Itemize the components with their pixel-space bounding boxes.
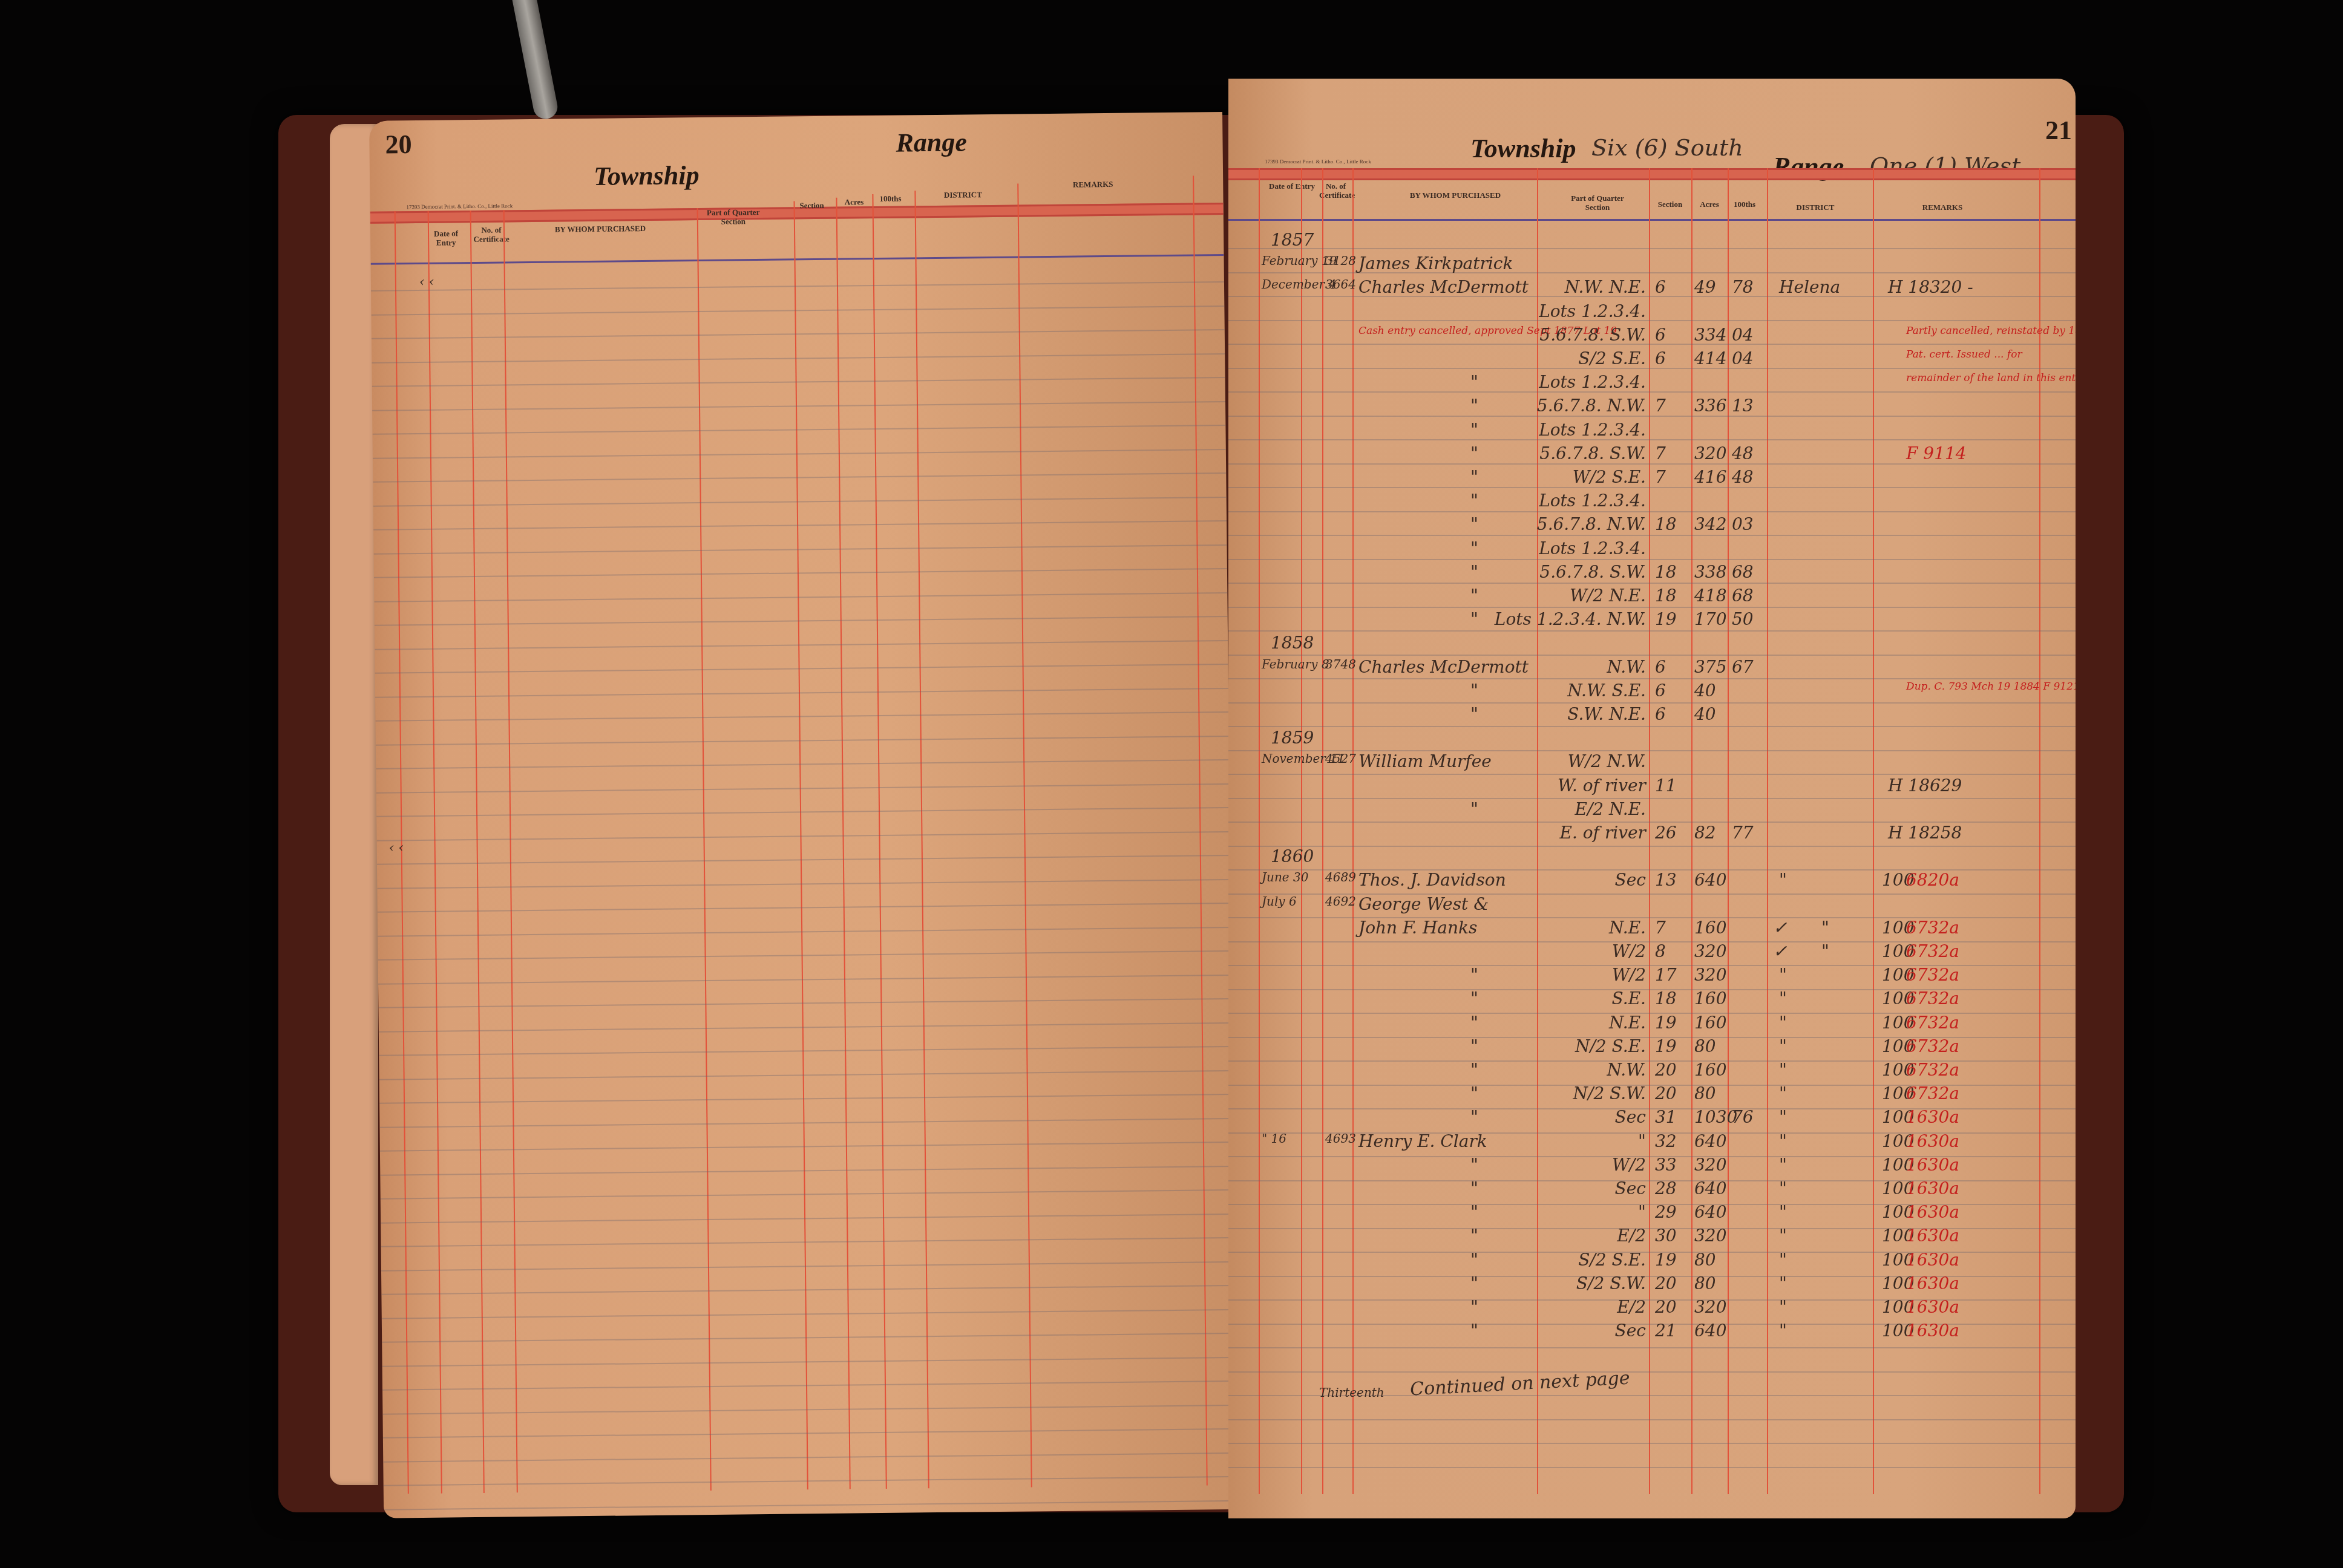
township-label: Township: [1470, 133, 1576, 164]
entry-ditto: ": [1470, 1202, 1478, 1222]
entry-ditto: ": [1470, 514, 1478, 534]
col-district: DISTRICT: [932, 190, 993, 200]
left-page: 20 Township Range 17393 Democrat Print. …: [369, 112, 1237, 1518]
entry-ditto: ": [1470, 538, 1478, 558]
entry-district: ": [1779, 1321, 1787, 1341]
entry-ditto: ": [1470, 1226, 1478, 1246]
entry-section: 31: [1655, 1107, 1677, 1127]
entry-acres: 640: [1694, 870, 1726, 890]
entry-district: ": [1779, 988, 1787, 1008]
entry-district: ": [1821, 918, 1829, 938]
table-row: "5.6.7.8. N.W.733613: [1228, 396, 2076, 419]
entry-hundredths: 03: [1732, 514, 1754, 534]
entry-acres: 416: [1694, 467, 1726, 487]
entry-part: N.E.: [1609, 1013, 1646, 1033]
entry-ditto: ": [1470, 562, 1478, 582]
entry-acres: 160: [1694, 1060, 1726, 1080]
entry-remarks-red: 1630a: [1906, 1226, 1959, 1246]
entry-ditto: ": [1470, 1060, 1478, 1080]
entry-ditto: ": [1470, 443, 1478, 463]
table-row: July 64692George West &: [1228, 894, 2076, 917]
entry-section: 6: [1655, 681, 1666, 701]
entry-part: W/2: [1612, 941, 1646, 961]
table-row: "W/2 S.E.741648: [1228, 467, 2076, 490]
table-row: "E/2 N.E.: [1228, 799, 2076, 822]
entry-section: 6: [1655, 325, 1666, 345]
table-row: John F. HanksN.E.7160✓"1006732a: [1228, 918, 2076, 941]
entry-district: ": [1779, 1013, 1787, 1033]
entry-year: 1857: [1271, 230, 1314, 250]
table-row: "E/230320"1001630a: [1228, 1226, 2076, 1249]
header-rule: [1228, 219, 2076, 221]
entry-section: 13: [1655, 870, 1677, 890]
col-part: Part of Quarter Section: [697, 207, 770, 226]
entry-year: 1858: [1271, 633, 1314, 653]
table-row: "5.6.7.8. N.W.1834203: [1228, 514, 2076, 537]
entry-remarks-red: 6732a: [1906, 1013, 1959, 1033]
entry-ditto: ": [1470, 586, 1478, 606]
entry-section: 6: [1655, 704, 1666, 724]
entry-acres: 49: [1694, 277, 1716, 297]
entry-ditto: ": [1470, 1036, 1478, 1056]
entry-acres: 82: [1694, 823, 1716, 843]
entry-check: ✓: [1773, 918, 1787, 938]
table-row: "N/2 S.E.1980"1006732a: [1228, 1036, 2076, 1059]
entry-district: ": [1779, 1036, 1787, 1056]
township-label: Township: [594, 160, 700, 192]
entry-district: ": [1779, 870, 1787, 890]
entry-acres: 160: [1694, 1013, 1726, 1033]
entry-acres: 640: [1694, 1202, 1726, 1222]
entry-ditto: ": [1470, 704, 1478, 724]
entry-name: Henry E. Clark: [1358, 1131, 1487, 1151]
entry-remarks-red: 1630a: [1906, 1155, 1959, 1175]
entry-part: S.E.: [1612, 988, 1646, 1008]
entry-part: W/2 N.W.: [1568, 751, 1646, 771]
entry-cert: 4693: [1325, 1131, 1356, 1146]
entry-date: June 30: [1262, 870, 1308, 884]
entry-hundredths: 78: [1732, 277, 1754, 297]
table-row: 1860: [1228, 846, 2076, 869]
col-district: DISTRICT: [1785, 203, 1846, 212]
entry-acres: 375: [1694, 657, 1726, 677]
entry-name: Charles McDermott: [1358, 277, 1529, 297]
entry-section: 7: [1655, 443, 1666, 463]
entry-part: W/2: [1612, 965, 1646, 985]
entry-section: 20: [1655, 1297, 1677, 1317]
col-date: Date of Entry: [1268, 181, 1316, 191]
entry-acres: 160: [1694, 918, 1726, 938]
entry-section: 26: [1655, 823, 1677, 843]
page-number: 21: [2045, 115, 2072, 146]
col-cert: No. of Certificate: [1319, 181, 1352, 200]
table-row: "S/2 S.E.1980"1001630a: [1228, 1250, 2076, 1273]
entry-name: Thos. J. Davidson: [1358, 870, 1506, 890]
entry-hundredths: 77: [1732, 823, 1754, 843]
entry-acres: 336: [1694, 396, 1726, 416]
entry-section: 19: [1655, 1036, 1677, 1056]
entry-acres: 320: [1694, 443, 1726, 463]
header-rule: [371, 254, 1224, 265]
entry-part: Sec: [1615, 1178, 1646, 1198]
table-row: "E/220320"1001630a: [1228, 1297, 2076, 1320]
entry-date: July 6: [1262, 894, 1297, 909]
entry-ditto: ": [1470, 681, 1478, 701]
entry-acres: 80: [1694, 1250, 1716, 1270]
entry-section: 20: [1655, 1273, 1677, 1293]
table-row: "W/2 N.E.1841868: [1228, 586, 2076, 609]
entry-section: 28: [1655, 1178, 1677, 1198]
col-hundredths: 100ths: [1729, 200, 1760, 209]
table-row: "S.E.18160"1006732a: [1228, 988, 2076, 1011]
table-row: November 114527William MurfeeW/2 N.W.: [1228, 751, 2076, 774]
entry-ditto: ": [1470, 799, 1478, 819]
entry-remarks-red: Partly cancelled, reinstated by 1839 Feb…: [1906, 325, 2076, 337]
entry-acres: 342: [1694, 514, 1726, 534]
table-row: E. of river268277H 18258: [1228, 823, 2076, 846]
entry-part: Lots 1.2.3.4.: [1539, 420, 1646, 440]
page-number: 20: [385, 129, 412, 160]
entry-part: 5.6.7.8. N.W.: [1537, 514, 1646, 534]
entry-part: 5.6.7.8. S.W.: [1539, 325, 1646, 345]
entry-district: ": [1779, 1131, 1787, 1151]
table-row: Lots 1.2.3.4.: [1228, 301, 2076, 324]
entry-remarks-red: 6732a: [1906, 918, 1959, 938]
entry-acres: 338: [1694, 562, 1726, 582]
entry-remarks-red: 1630a: [1906, 1297, 1959, 1317]
entry-acres: 80: [1694, 1083, 1716, 1103]
footer-left-note: Thirteenth: [1319, 1385, 1384, 1400]
entry-acres: 40: [1694, 704, 1716, 724]
entry-hundredths: 50: [1732, 609, 1754, 629]
printer-imprint: 17393 Democrat Print. & Litho. Co., Litt…: [1265, 158, 1371, 165]
entry-remarks-red: Dup. C. 793 Mch 19 1884 F 9121: [1906, 681, 2076, 693]
entry-ditto: ": [1470, 1083, 1478, 1103]
entry-hundredths: 48: [1732, 443, 1754, 463]
entry-acres: 418: [1694, 586, 1726, 606]
col-date: Date of Entry: [425, 229, 467, 247]
entry-remarks: H 18629: [1888, 776, 1962, 795]
entry-acres: 40: [1694, 681, 1716, 701]
entry-part: N.W. N.E.: [1565, 277, 1646, 297]
page-clip: [511, 0, 559, 121]
entry-acres: 320: [1694, 965, 1726, 985]
col-purchaser: BY WHOM PURCHASED: [540, 224, 661, 234]
entry-part: N.W. S.E.: [1567, 681, 1646, 701]
entry-date: " 16: [1262, 1131, 1286, 1146]
entry-part: W/2: [1612, 1155, 1646, 1175]
printer-imprint: 17393 Democrat Print. & Litho. Co., Litt…: [407, 203, 513, 210]
table-row: June 304689Thos. J. DavidsonSec13640"100…: [1228, 870, 2076, 893]
entry-part: N.W.: [1607, 657, 1646, 677]
entry-cert: 4689: [1325, 870, 1356, 884]
entry-part: N/2 S.W.: [1573, 1083, 1646, 1103]
entry-remarks: H 18258: [1888, 823, 1962, 843]
entry-ditto: ": [1470, 1250, 1478, 1270]
entry-part: 5.6.7.8. N.W.: [1537, 396, 1646, 416]
table-row: "S/2 S.W.2080"1001630a: [1228, 1273, 2076, 1296]
table-row: " 164693Henry E. Clark"32640"1001630a: [1228, 1131, 2076, 1154]
entry-part: Sec: [1615, 1107, 1646, 1127]
table-row: "N.E.19160"1006732a: [1228, 1013, 2076, 1036]
entry-remarks-red: 6732a: [1906, 965, 1959, 985]
table-row: December 43664Charles McDermottN.W. N.E.…: [1228, 277, 2076, 300]
entry-hundredths: 04: [1732, 348, 1754, 368]
entry-acres: 320: [1694, 1297, 1726, 1317]
entry-remarks-red: 6820a: [1906, 870, 1959, 890]
entry-part: Lots 1.2.3.4.: [1539, 538, 1646, 558]
entry-remarks-red: Pat. cert. Issued ... for: [1906, 348, 2022, 361]
entry-remarks-red: 6732a: [1906, 988, 1959, 1008]
entry-cert: 4692: [1325, 894, 1356, 909]
col-section: Section: [1655, 200, 1685, 209]
table-row: "W/233320"1001630a: [1228, 1155, 2076, 1178]
table-row: 1859: [1228, 728, 2076, 751]
entry-cert: 4527: [1325, 751, 1356, 766]
entry-ditto: ": [1470, 491, 1478, 511]
entry-section: 18: [1655, 988, 1677, 1008]
table-row: "N.W. S.E.640Dup. C. 793 Mch 19 1884 F 9…: [1228, 681, 2076, 704]
table-row: W. of river11H 18629: [1228, 776, 2076, 799]
table-row: "Lots 1.2.3.4.remainder of the land in t…: [1228, 372, 2076, 395]
entry-remarks-red: 6732a: [1906, 1083, 1959, 1103]
entry-acres: 160: [1694, 988, 1726, 1008]
entry-remarks-red: 1630a: [1906, 1107, 1959, 1127]
entry-hundredths: 76: [1732, 1107, 1754, 1127]
entry-hundredths: 48: [1732, 467, 1754, 487]
table-row: February 83748Charles McDermottN.W.63756…: [1228, 657, 2076, 680]
table-row: "W/217320"1006732a: [1228, 965, 2076, 988]
table-row: Cash entry cancelled, approved Sept 1877…: [1228, 325, 2076, 348]
col-acres: Acres: [839, 197, 869, 207]
entry-acres: 320: [1694, 1226, 1726, 1246]
entry-acres: 1030: [1694, 1107, 1737, 1127]
entry-section: 19: [1655, 1250, 1677, 1270]
entry-ditto: ": [1470, 372, 1478, 392]
entry-acres: 334: [1694, 325, 1726, 345]
entry-cert: 3748: [1325, 657, 1356, 671]
entry-remarks-red: remainder of the land in this entry: [1906, 372, 2076, 384]
entry-remarks-red: 1630a: [1906, 1250, 1959, 1270]
entry-ditto: ": [1470, 965, 1478, 985]
entry-section: 7: [1655, 918, 1666, 938]
entry-part: N.E.: [1609, 918, 1646, 938]
entry-acres: 414: [1694, 348, 1726, 368]
entry-remarks-red: 1630a: [1906, 1321, 1959, 1341]
entry-cert: 3128: [1325, 253, 1356, 268]
entry-remarks-red: 1630a: [1906, 1131, 1959, 1151]
entry-section: 20: [1655, 1083, 1677, 1103]
table-row: 1857: [1228, 230, 2076, 253]
entry-ditto: ": [1470, 1273, 1478, 1293]
entry-part: 5.6.7.8. S.W.: [1539, 562, 1646, 582]
entry-section: 19: [1655, 1013, 1677, 1033]
entry-section: 19: [1655, 609, 1677, 629]
entry-name: Charles McDermott: [1358, 657, 1529, 677]
entry-part: Sec: [1615, 870, 1646, 890]
entry-section: 8: [1655, 941, 1666, 961]
col-hundredths: 100ths: [875, 194, 905, 203]
table-row: W/28320✓"1006732a: [1228, 941, 2076, 964]
entry-acres: 320: [1694, 1155, 1726, 1175]
entry-remarks-red: F 9114: [1906, 443, 1967, 463]
entry-ditto: ": [1470, 1297, 1478, 1317]
entry-district: ": [1779, 1273, 1787, 1293]
entry-ditto: ": [1470, 420, 1478, 440]
table-row: ""29640"1001630a: [1228, 1202, 2076, 1225]
table-row: "Lots 1.2.3.4.: [1228, 491, 2076, 514]
table-row: "Lots 1.2.3.4.: [1228, 420, 2076, 443]
header-band: [1228, 168, 2076, 180]
entry-part: W/2 S.E.: [1573, 467, 1646, 487]
table-row: 1858: [1228, 633, 2076, 656]
entry-district: ": [1779, 1202, 1787, 1222]
col-remarks: REMARKS: [1900, 203, 1985, 212]
pencil-marks: ‹ ‹: [419, 275, 434, 290]
entry-hundredths: 13: [1732, 396, 1754, 416]
entry-year: 1859: [1271, 728, 1314, 748]
entry-district: ": [1779, 1178, 1787, 1198]
entry-part: E/2: [1617, 1226, 1646, 1246]
col-purchaser: BY WHOM PURCHASED: [1386, 191, 1525, 200]
entry-district: ": [1779, 1107, 1787, 1127]
table-row: "N/2 S.W.2080"1006732a: [1228, 1083, 2076, 1106]
entry-part: Lots 1.2.3.4.: [1539, 301, 1646, 321]
entry-district: ": [1821, 941, 1829, 961]
table-row: "Sec31103076"1001630a: [1228, 1107, 2076, 1130]
entry-remarks-red: 1630a: [1906, 1273, 1959, 1293]
entry-part: Lots 1.2.3.4. N.W.: [1495, 609, 1646, 629]
entry-district: ": [1779, 1060, 1787, 1080]
entry-remarks-red: 1630a: [1906, 1202, 1959, 1222]
entry-name: James Kirkpatrick: [1358, 253, 1513, 273]
table-row: "S.W. N.E.640: [1228, 704, 2076, 727]
entry-name: William Murfee: [1358, 751, 1492, 771]
table-row: S/2 S.E.641404Pat. cert. Issued ... for: [1228, 348, 2076, 371]
entry-section: 21: [1655, 1321, 1677, 1341]
entry-hundredths: 04: [1732, 325, 1754, 345]
col-remarks: REMARKS: [1054, 180, 1132, 189]
entry-section: 17: [1655, 965, 1677, 985]
entry-remarks-red: 6732a: [1906, 1036, 1959, 1056]
entry-section: 18: [1655, 562, 1677, 582]
entry-name: John F. Hanks: [1358, 918, 1477, 938]
entry-hundredths: 68: [1732, 562, 1754, 582]
entry-acres: 640: [1694, 1131, 1726, 1151]
entry-part: Sec: [1615, 1321, 1646, 1341]
entry-ditto: ": [1470, 609, 1478, 629]
entry-part: ": [1638, 1131, 1646, 1151]
entry-acres: 80: [1694, 1273, 1716, 1293]
entry-part: Lots 1.2.3.4.: [1539, 372, 1646, 392]
entry-part: E. of river: [1560, 823, 1646, 843]
entry-section: 7: [1655, 467, 1666, 487]
entry-part: W. of river: [1558, 776, 1646, 795]
entry-remarks-red: 6732a: [1906, 1060, 1959, 1080]
entry-hundredths: 68: [1732, 586, 1754, 606]
entry-section: 6: [1655, 657, 1666, 677]
entry-date: February 8: [1262, 657, 1329, 671]
entry-part: S/2 S.E.: [1578, 348, 1646, 368]
entry-ditto: ": [1470, 396, 1478, 416]
table-row: "N.W.20160"1006732a: [1228, 1060, 2076, 1083]
pencil-marks-lower: ‹ ‹: [389, 840, 404, 855]
entry-section: 18: [1655, 514, 1677, 534]
entry-remarks-red: 6732a: [1906, 941, 1959, 961]
range-label: Range: [896, 126, 967, 158]
table-row: February 193128James Kirkpatrick: [1228, 253, 2076, 276]
entry-part: S/2 S.E.: [1578, 1250, 1646, 1270]
table-row: "Sec28640"1001630a: [1228, 1178, 2076, 1201]
entry-ditto: ": [1470, 1321, 1478, 1341]
entry-district: ": [1779, 1250, 1787, 1270]
entry-name: George West &: [1358, 894, 1489, 914]
entry-ditto: ": [1470, 467, 1478, 487]
entry-district: ": [1779, 965, 1787, 985]
entry-acres: 320: [1694, 941, 1726, 961]
entry-section: 29: [1655, 1202, 1677, 1222]
col-section: Section: [794, 201, 830, 211]
entry-district: ": [1779, 1297, 1787, 1317]
entry-ditto: ": [1470, 1107, 1478, 1127]
township-value: Six (6) South: [1591, 134, 1743, 161]
entry-hundredths: 67: [1732, 657, 1754, 677]
entry-part: ": [1638, 1202, 1646, 1222]
entry-year: 1860: [1271, 846, 1314, 866]
entry-district: ": [1779, 1155, 1787, 1175]
entry-check: ✓: [1773, 941, 1787, 961]
entry-part: E/2 N.E.: [1575, 799, 1646, 819]
entry-part: N.W.: [1607, 1060, 1646, 1080]
entry-ditto: ": [1470, 1155, 1478, 1175]
entry-remarks: H 18320 -: [1888, 277, 1973, 297]
entry-part: W/2 N.E.: [1570, 586, 1646, 606]
table-row: "Sec21640"1001630a: [1228, 1321, 2076, 1344]
table-row: "Lots 1.2.3.4. N.W.1917050: [1228, 609, 2076, 632]
entry-district: Helena: [1779, 277, 1840, 297]
entry-part: Lots 1.2.3.4.: [1539, 491, 1646, 511]
entry-ditto: ": [1470, 1013, 1478, 1033]
entry-district: ": [1779, 1083, 1787, 1103]
entry-part: E/2: [1617, 1297, 1646, 1317]
entry-section: 7: [1655, 396, 1666, 416]
table-row: "5.6.7.8. S.W.732048F 9114: [1228, 443, 2076, 466]
entry-part: S/2 S.W.: [1576, 1273, 1646, 1293]
entry-section: 32: [1655, 1131, 1677, 1151]
entry-part: 5.6.7.8. S.W.: [1539, 443, 1646, 463]
entry-part: N/2 S.E.: [1575, 1036, 1646, 1056]
table-row: "5.6.7.8. S.W.1833868: [1228, 562, 2076, 585]
entry-acres: 170: [1694, 609, 1726, 629]
entry-acres: 80: [1694, 1036, 1716, 1056]
entry-section: 18: [1655, 586, 1677, 606]
entry-ditto: ": [1470, 1178, 1478, 1198]
entry-district: ": [1779, 1226, 1787, 1246]
entry-section: 20: [1655, 1060, 1677, 1080]
entry-acres: 640: [1694, 1178, 1726, 1198]
entry-section: 6: [1655, 348, 1666, 368]
entry-part: S.W. N.E.: [1567, 704, 1646, 724]
entry-section: 11: [1655, 776, 1677, 795]
col-part: Part of Quarter Section: [1561, 194, 1634, 212]
entry-ditto: ": [1470, 988, 1478, 1008]
entry-section: 6: [1655, 277, 1666, 297]
entry-acres: 640: [1694, 1321, 1726, 1341]
table-row: "Lots 1.2.3.4.: [1228, 538, 2076, 561]
entry-section: 33: [1655, 1155, 1677, 1175]
entry-cert: 3664: [1325, 277, 1356, 292]
col-acres: Acres: [1694, 200, 1725, 209]
